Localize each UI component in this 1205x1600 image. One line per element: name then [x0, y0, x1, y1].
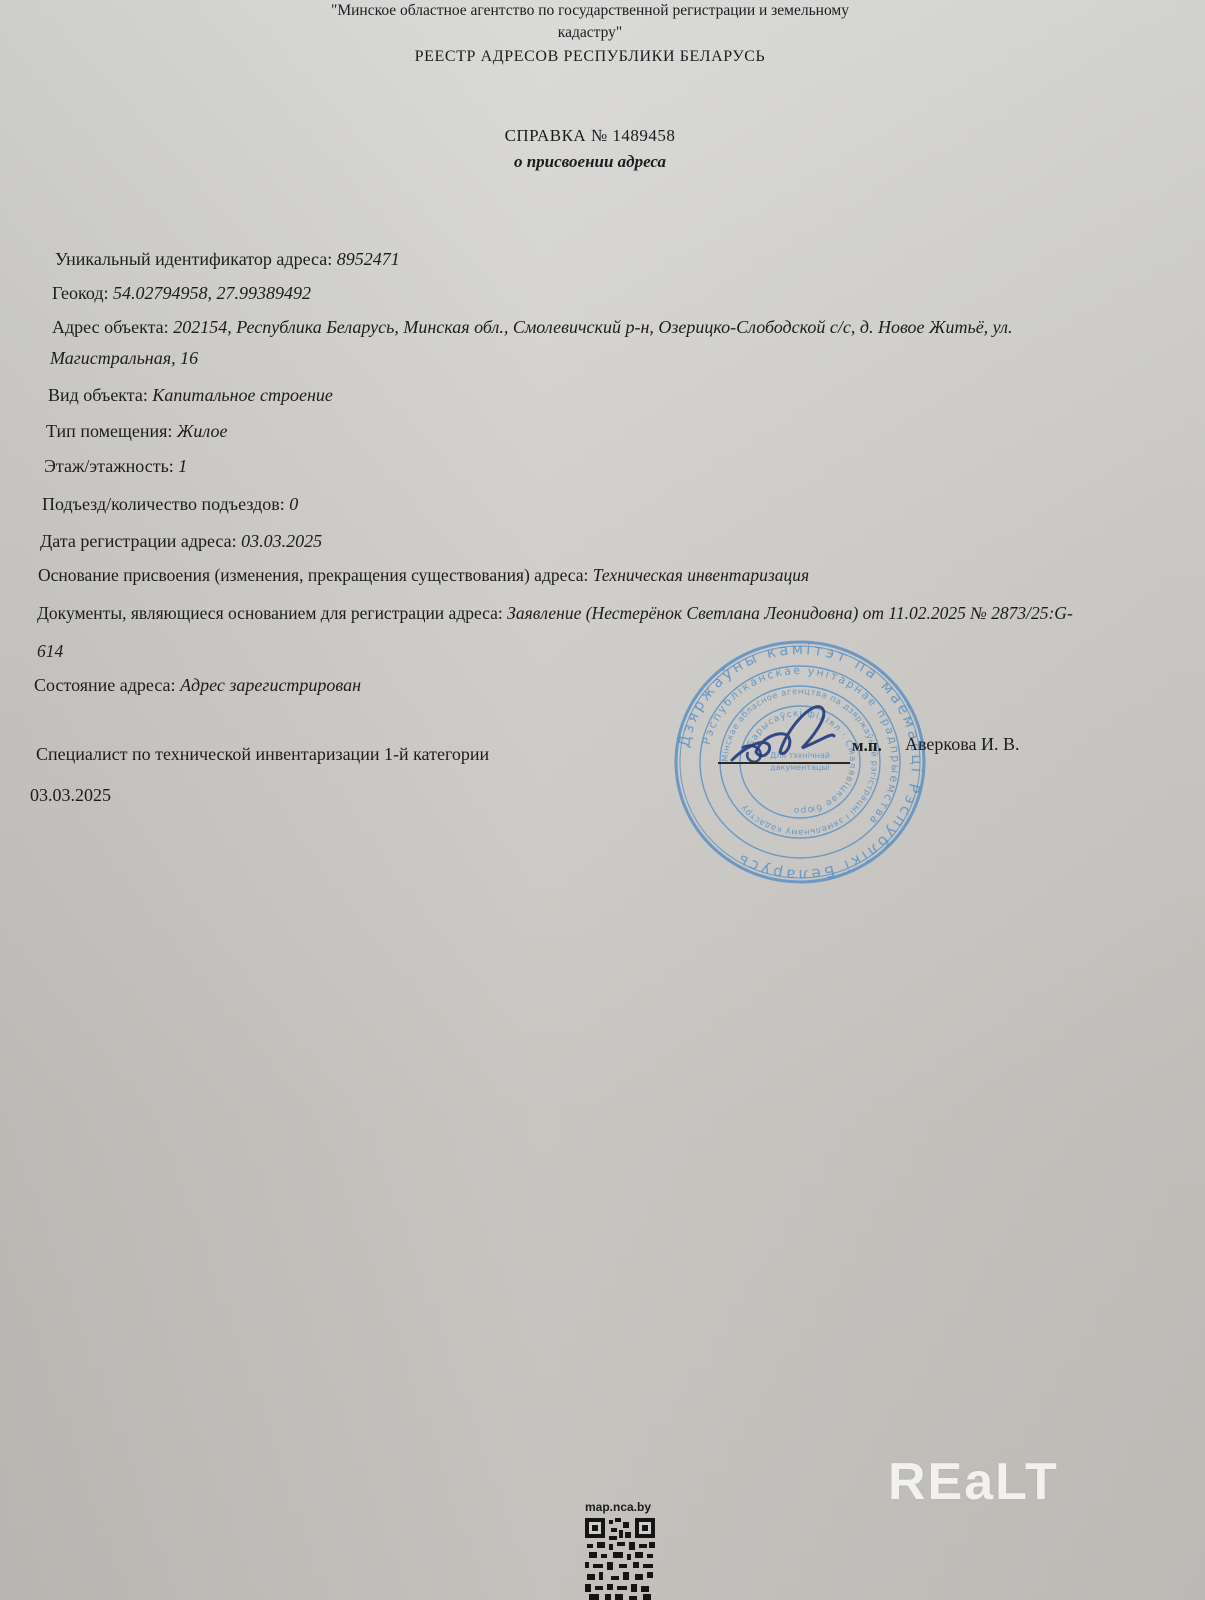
field-label: Тип помещения:	[46, 421, 177, 441]
organization-line-2: кадастру"	[240, 22, 940, 44]
field-value: 8952471	[337, 249, 400, 269]
document-title: СПРАВКА № 1489458	[440, 123, 740, 149]
field-entrance: Подъезд/количество подъездов: 0	[42, 489, 298, 519]
field-value: Жилое	[177, 421, 228, 441]
field-label: Состояние адреса:	[34, 675, 180, 695]
field-geocode: Геокод: 54.02794958, 27.99389492	[52, 278, 311, 308]
document-subtitle: о присвоении адреса	[440, 149, 740, 175]
organization-line-1: "Минское областное агентство по государс…	[240, 0, 940, 22]
field-object-address: Адрес объекта: 202154, Республика Белару…	[50, 312, 1100, 374]
field-value: 1	[178, 456, 187, 476]
field-label: Вид объекта:	[48, 385, 152, 405]
field-label: Этаж/этажность:	[44, 456, 178, 476]
field-value: 54.02794958, 27.99389492	[113, 283, 311, 303]
field-value: 202154, Республика Беларусь, Минская обл…	[50, 317, 1013, 368]
field-label: Документы, являющиеся основанием для рег…	[37, 603, 507, 623]
field-label: Адрес объекта:	[52, 317, 173, 337]
signature-date: 03.03.2025	[30, 785, 111, 806]
field-assignment-basis: Основание присвоения (изменения, прекращ…	[38, 560, 809, 590]
paper-background	[0, 0, 1205, 1600]
field-value: Адрес зарегистрирован	[180, 675, 361, 695]
signature-line	[718, 762, 850, 764]
field-object-type: Вид объекта: Капитальное строение	[48, 380, 333, 410]
document-header: "Минское областное агентство по государс…	[240, 0, 940, 68]
field-label: Дата регистрации адреса:	[40, 531, 241, 551]
signer-name: Аверкова И. В.	[905, 734, 1019, 755]
svg-text:дакументацыі: дакументацыі	[770, 763, 830, 772]
field-label: Основание присвоения (изменения, прекращ…	[38, 565, 593, 585]
field-value: 03.03.2025	[241, 531, 322, 551]
field-registration-date: Дата регистрации адреса: 03.03.2025	[40, 526, 322, 556]
registry-title: РЕЕСТР АДРЕСОВ РЕСПУБЛИКИ БЕЛАРУСЬ	[240, 46, 940, 68]
field-value: Техническая инвентаризация	[593, 565, 809, 585]
field-address-status: Состояние адреса: Адрес зарегистрирован	[34, 670, 361, 700]
field-value: Капитальное строение	[152, 385, 333, 405]
field-label: Подъезд/количество подъездов:	[42, 494, 289, 514]
field-premises-type: Тип помещения: Жилое	[46, 416, 227, 446]
document-title-block: СПРАВКА № 1489458 о присвоении адреса	[440, 123, 740, 175]
signer-position: Специалист по технической инвентаризации…	[36, 744, 489, 765]
qr-code-icon[interactable]	[585, 1518, 655, 1600]
field-label: Геокод:	[52, 283, 113, 303]
realt-watermark-logo: REaLT	[888, 1452, 1059, 1512]
seal-mark: м.п.	[852, 736, 882, 756]
qr-label: map.nca.by	[578, 1500, 658, 1514]
field-value: 0	[289, 494, 298, 514]
field-address-id: Уникальный идентификатор адреса: 8952471	[55, 244, 400, 274]
field-floor: Этаж/этажность: 1	[44, 451, 187, 481]
field-label: Уникальный идентификатор адреса:	[55, 249, 337, 269]
